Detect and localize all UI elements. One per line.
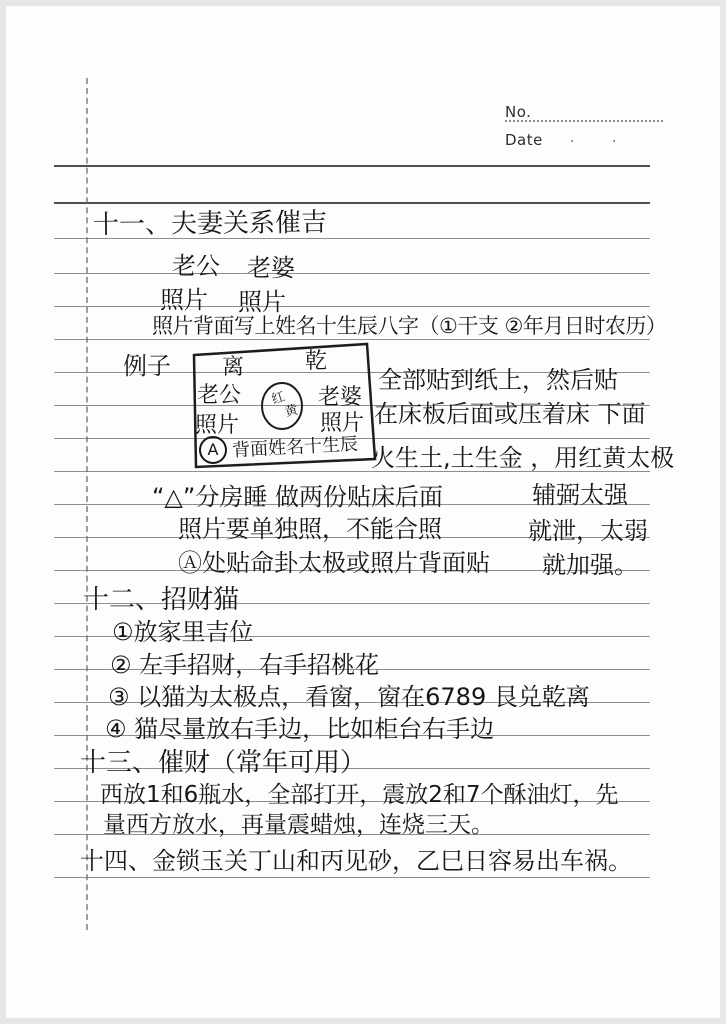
section-13-title: 十三、催财（常年可用） xyxy=(80,742,366,779)
box-husband-label: 老公 xyxy=(197,378,241,409)
box-trigram-qian: 乾 xyxy=(305,344,327,375)
s12-item-4: ④ 猫尽量放右手边，比如柜台右手边 xyxy=(105,709,494,744)
husband-label: 老公 xyxy=(172,246,220,281)
note-row-2-side: 就泄，太弱 xyxy=(528,511,648,546)
paste-note-3: 火生土,土生金 ，用红黄太极 xyxy=(371,438,674,473)
box-photo-left: 照片 xyxy=(195,408,239,439)
date-dot: · xyxy=(612,134,616,150)
left-margin-line xyxy=(86,78,88,930)
note-row-3: Ⓐ处贴命卦太极或照片背面贴 xyxy=(178,543,490,578)
s12-item-2: ② 左手招财，右手招桃花 xyxy=(110,645,379,680)
note-row-1: “△”分房睡 做两份贴床后面 xyxy=(152,477,443,512)
circled-a-mark: A xyxy=(199,436,227,464)
paste-note-2: 在床板后面或压着床 下面 xyxy=(374,394,646,429)
date-label: Date xyxy=(505,131,543,149)
photo-back-instruction: 照片背面写上姓名十生辰八字（①干支 ②年月日时农历） xyxy=(152,310,666,340)
wife-label: 老婆 xyxy=(247,248,295,283)
ruled-line xyxy=(54,306,650,307)
s13-line-2: 量西方放水，再量震蜡烛，连烧三天。 xyxy=(103,806,494,839)
box-circle-yellow-label: 黄 xyxy=(284,404,300,420)
section-14-line: 十四、金锁玉关丁山和丙见砂，乙巳日容易出车祸。 xyxy=(80,841,632,876)
note-row-3-side: 就加强。 xyxy=(542,545,638,580)
no-label: No. xyxy=(505,103,531,121)
date-dot: · xyxy=(570,134,574,150)
notebook-page: No. Date · · 十一、夫妻关系催吉 老公 老婆 照片 照片 照片背面写… xyxy=(0,0,726,1024)
note-row-1-side: 辅弼太强 xyxy=(532,475,628,510)
no-dotted-line xyxy=(505,120,663,122)
ruled-line xyxy=(54,273,650,274)
s13-line-1: 西放1和6瓶水，全部打开，震放2和7个酥油灯，先 xyxy=(100,776,619,809)
paste-note-1: 全部贴到纸上，然后贴 xyxy=(378,360,618,395)
section-12-title: 十二、招财猫 xyxy=(83,579,239,616)
ruled-line xyxy=(54,165,650,167)
section-11-title: 十一、夫妻关系催吉 xyxy=(93,202,327,241)
note-row-2: 照片要单独照，不能合照 xyxy=(178,509,442,544)
s12-item-3: ③ 以猫为太极点，看窗，窗在6789 艮兑乾离 xyxy=(108,677,590,712)
box-corner-mark: A xyxy=(199,436,227,464)
example-label: 例子 xyxy=(123,346,171,381)
box-trigram-li: 离 xyxy=(222,350,244,381)
ruled-line xyxy=(54,877,650,878)
s12-item-1: ①放家里吉位 xyxy=(112,612,254,647)
